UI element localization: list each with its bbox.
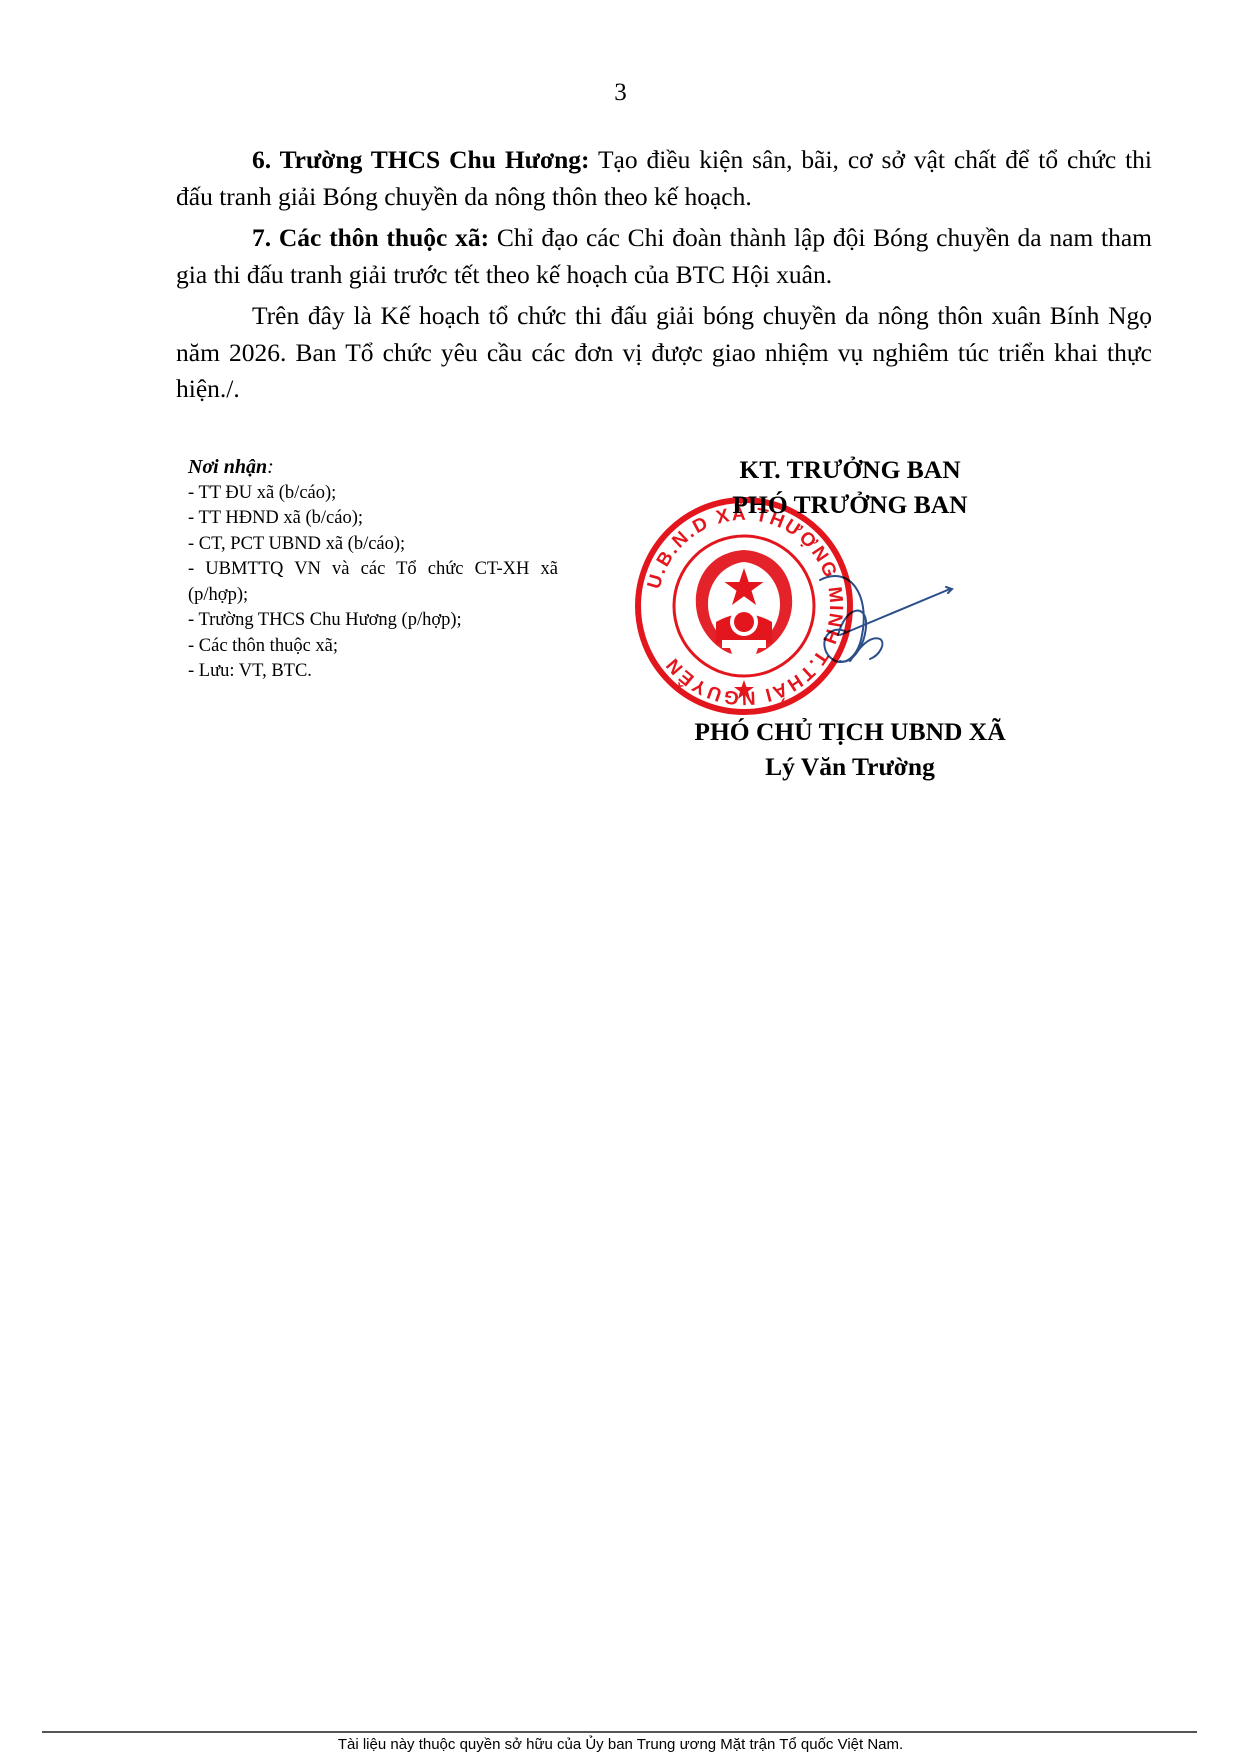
recipient-item: - Các thôn thuộc xã; [188,634,558,660]
recipient-item: - UBMTTQ VN và các Tổ chức CT-XH xã (p/h… [188,557,558,608]
footer-divider [42,1731,1197,1733]
paragraph-lead: 6. Trường THCS Chu Hương: [252,145,590,174]
recipients-block: Nơi nhận: - TT ĐU xã (b/cáo); - TT HĐND … [188,455,558,685]
paragraph-lead: 7. Các thôn thuộc xã: [252,223,489,252]
recipient-item: - Lưu: VT, BTC. [188,659,558,685]
document-body: 6. Trường THCS Chu Hương: Tạo điều kiện … [176,142,1152,413]
signature-title: KT. TRƯỞNG BAN [620,452,1080,487]
paragraph-school: 6. Trường THCS Chu Hương: Tạo điều kiện … [176,142,1152,215]
paragraph-closing: Trên đây là Kế hoạch tổ chức thi đấu giả… [176,298,1152,408]
footer-copyright: Tài liệu này thuộc quyền sở hữu của Ủy b… [0,1736,1241,1754]
recipient-item: - TT HĐND xã (b/cáo); [188,506,558,532]
recipient-item: - Trường THCS Chu Hương (p/hợp); [188,608,558,634]
page-number: 3 [0,78,1241,108]
handwritten-signature-icon [800,565,980,685]
recipients-heading-colon: : [267,456,274,478]
paragraph-text: Trên đây là Kế hoạch tổ chức thi đấu giả… [176,301,1152,403]
recipients-heading: Nơi nhận: [188,455,558,481]
recipients-heading-text: Nơi nhận [188,456,267,478]
recipient-item: - TT ĐU xã (b/cáo); [188,481,558,507]
signer-name: Lý Văn Trường [620,749,1080,784]
recipient-item: - CT, PCT UBND xã (b/cáo); [188,532,558,558]
paragraph-villages: 7. Các thôn thuộc xã: Chỉ đạo các Chi đo… [176,220,1152,293]
signer-role: PHÓ CHỦ TỊCH UBND XÃ [620,714,1080,749]
